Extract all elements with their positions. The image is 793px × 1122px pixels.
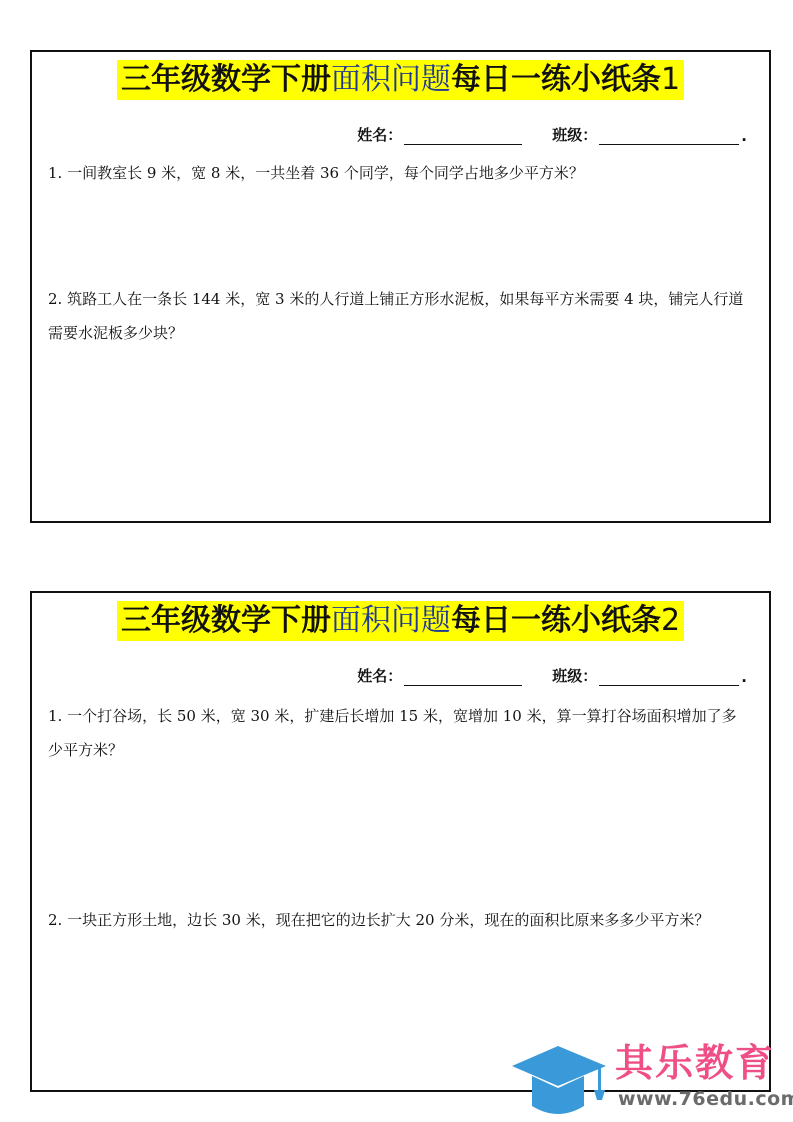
title-highlight: 面积问题 [331,603,451,638]
title-suffix: 每日一练小纸条 [451,603,661,638]
student-info-row: 姓名： 班级： . [357,665,747,686]
watermark-logo: 其乐教育 www.76edu.com [510,1040,793,1122]
graduation-cap-icon [510,1044,610,1122]
question-2: 2. 一块正方形土地，边长 30 米，现在把它的边长扩大 20 分米，现在的面积… [48,903,751,937]
name-blank[interactable] [404,671,522,686]
class-blank[interactable] [599,671,739,686]
question-2: 2. 筑路工人在一条长 144 米，宽 3 米的人行道上铺正方形水泥板，如果每平… [48,282,751,350]
slip-title: 三年级数学下册面积问题每日一练小纸条2 [117,601,684,641]
title-number: 2 [661,603,680,638]
brand-url: www.76edu.com [618,1088,793,1110]
practice-slip-2: 三年级数学下册面积问题每日一练小纸条2 姓名： 班级： . 1. 一个打谷场，长… [30,591,771,1092]
practice-slip-1: 三年级数学下册面积问题每日一练小纸条1 姓名： 班级： . 1. 一间教室长 9… [30,50,771,523]
title-suffix: 每日一练小纸条 [451,62,661,97]
class-label: 班级： [552,665,597,686]
title-highlight: 面积问题 [331,62,451,97]
student-info-row: 姓名： 班级： . [357,124,747,145]
title-prefix: 三年级数学下册 [121,62,331,97]
question-1: 1. 一个打谷场，长 50 米，宽 30 米，扩建后长增加 15 米，宽增加 1… [48,699,751,767]
title-number: 1 [661,62,680,97]
name-blank[interactable] [404,130,522,145]
end-mark: . [741,668,747,686]
class-blank[interactable] [599,130,739,145]
name-label: 姓名： [357,124,402,145]
class-label: 班级： [552,124,597,145]
slip-title: 三年级数学下册面积问题每日一练小纸条1 [117,60,684,100]
title-prefix: 三年级数学下册 [121,603,331,638]
end-mark: . [741,127,747,145]
brand-name: 其乐教育 [615,1040,775,1086]
question-1: 1. 一间教室长 9 米，宽 8 米，一共坐着 36 个同学，每个同学占地多少平… [48,156,751,190]
name-label: 姓名： [357,665,402,686]
